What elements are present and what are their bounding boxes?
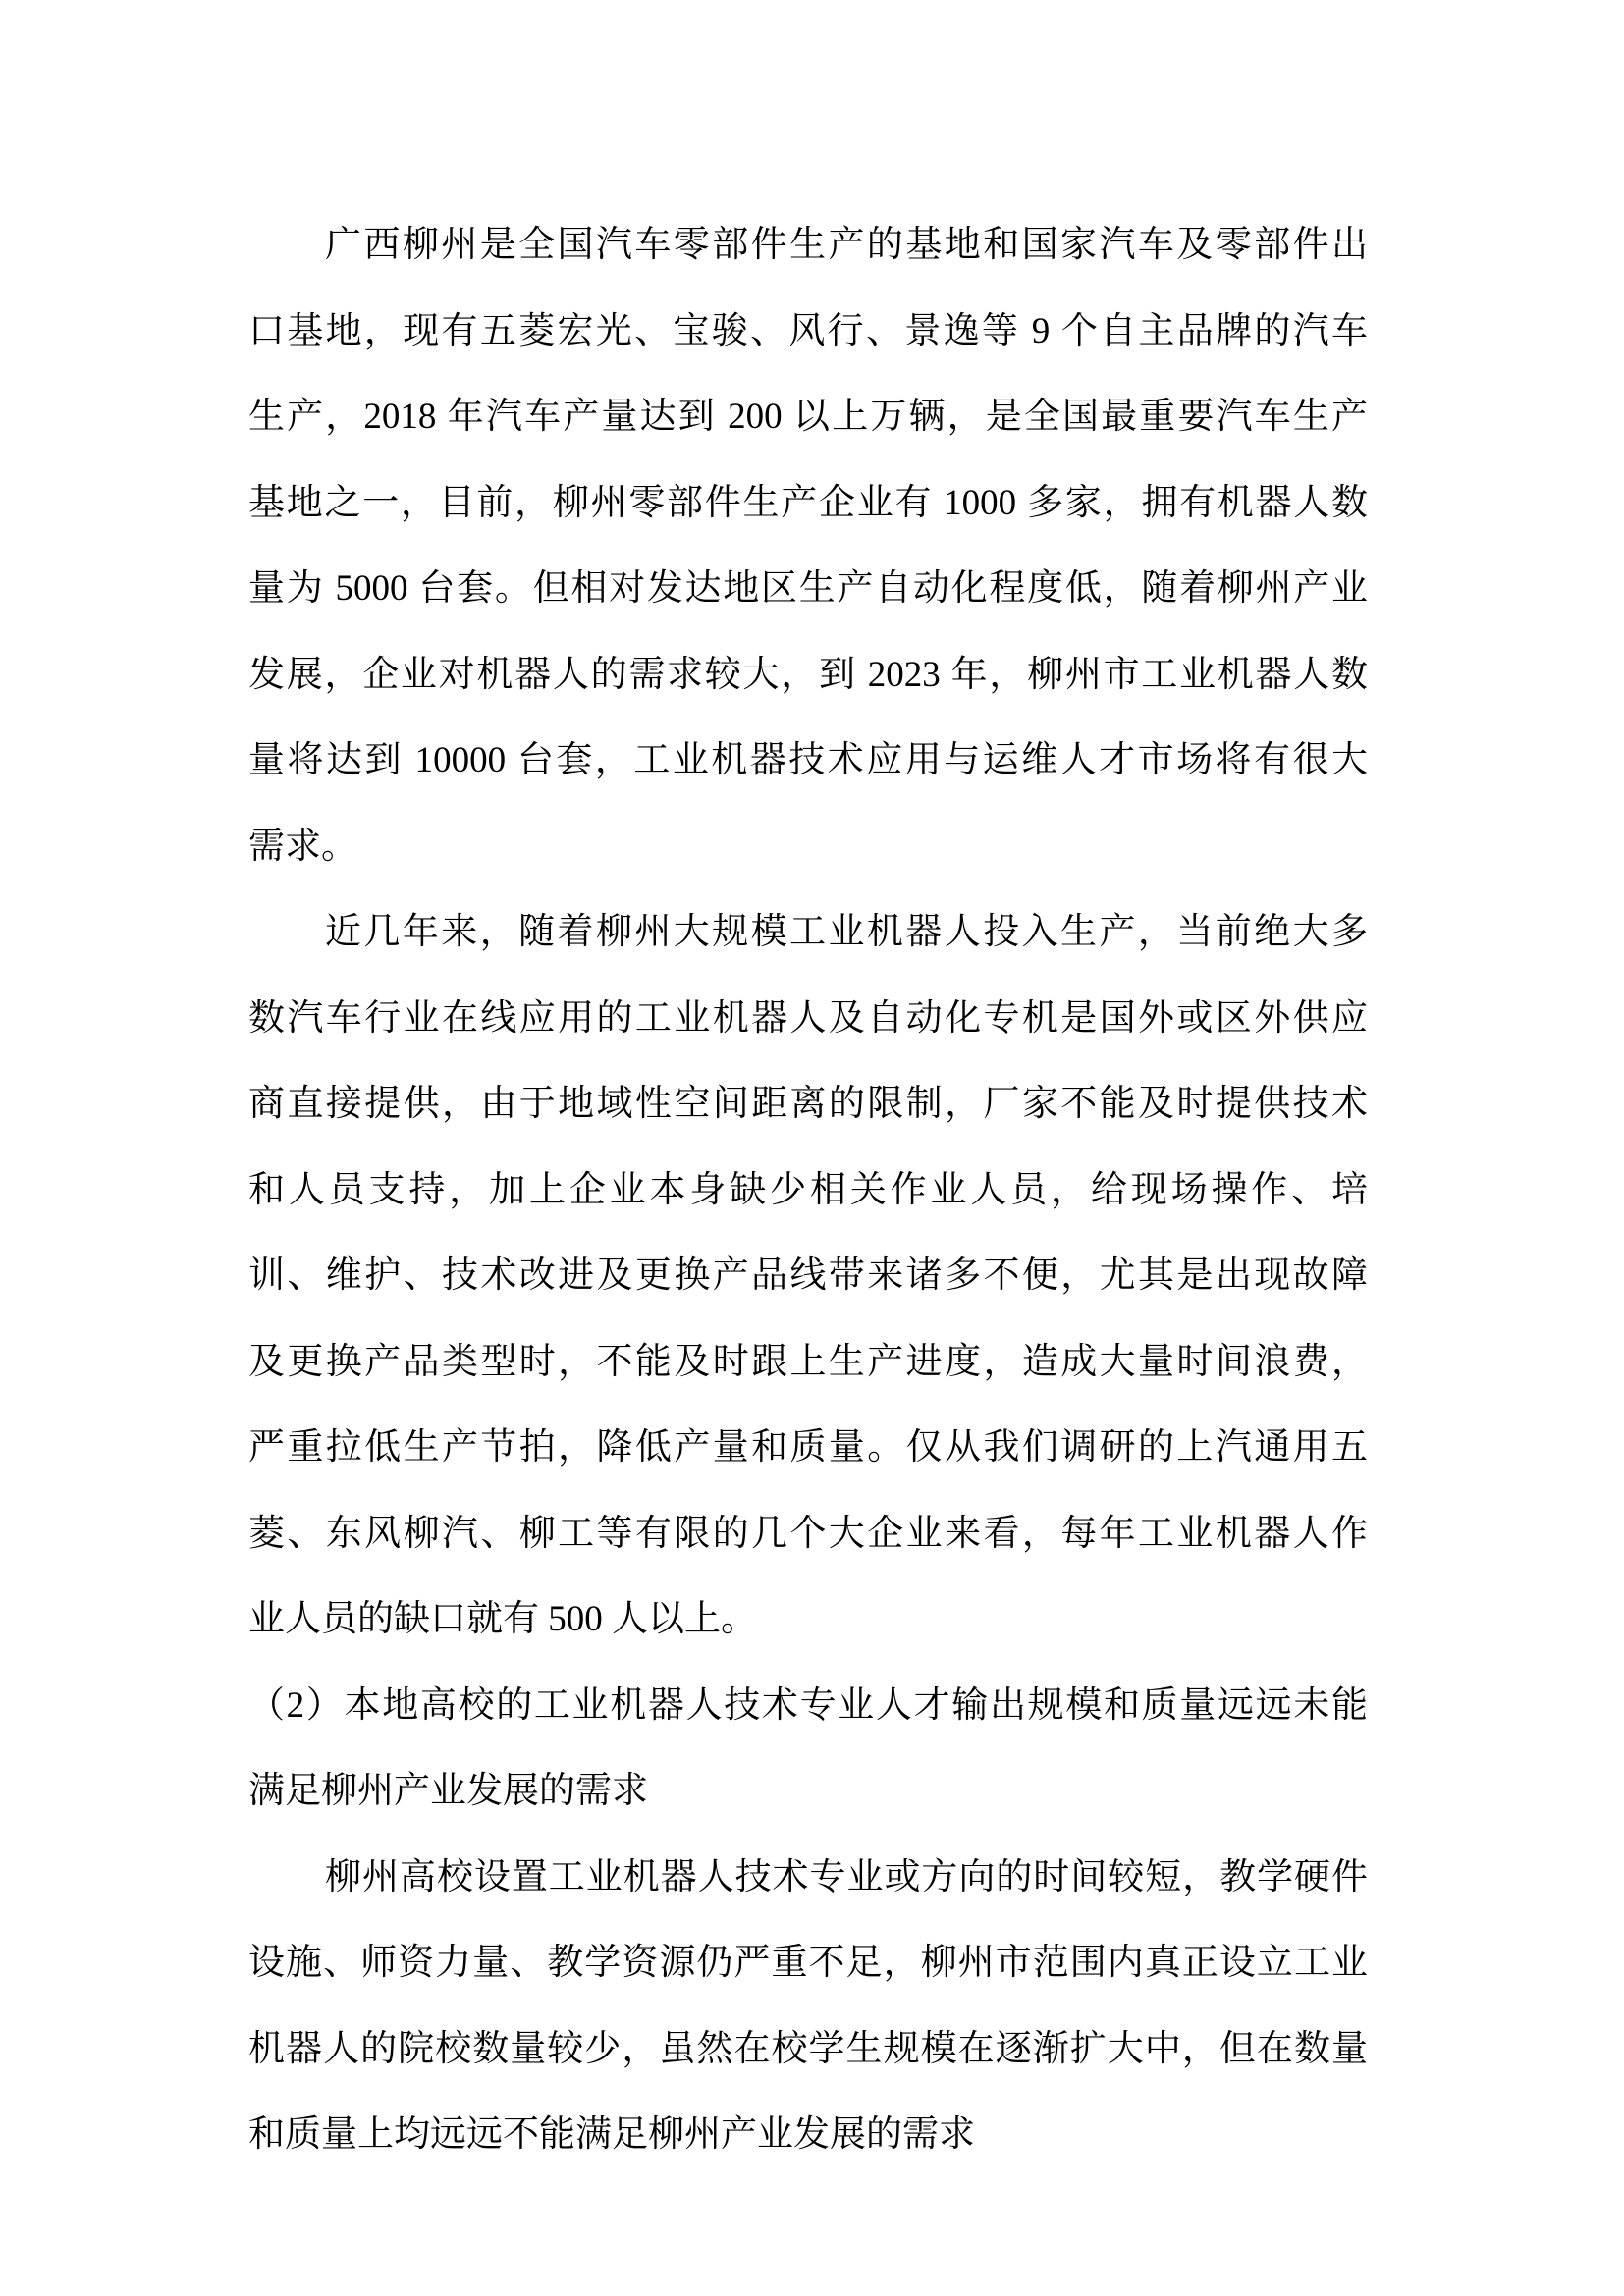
text-line: 菱、东风柳汽、柳工等有限的几个大企业来看，每年工业机器人作 [248,1491,1368,1577]
text-line: 基地之一，目前，柳州零部件生产企业有 1000 多家，拥有机器人数 [248,460,1368,547]
text-line: 机器人的院校数量较少，虽然在校学生规模在逐渐扩大中，但在数量 [248,2006,1368,2093]
text-line: 业人员的缺口就有 500 人以上。 [248,1576,1368,1663]
text-line: （2）本地高校的工业机器人技术专业人才输出规模和质量远远未能 [248,1663,1368,1749]
text-line: 严重拉低生产节拍，降低产量和质量。仅从我们调研的上汽通用五 [248,1405,1368,1491]
text-line: 商直接提供，由于地域性空间距离的限制，厂家不能及时提供技术 [248,1061,1368,1148]
text-line: 满足柳州产业发展的需求 [248,1748,1368,1835]
document-page: 广西柳州是全国汽车零部件生产的基地和国家汽车及零部件出口基地，现有五菱宏光、宝骏… [0,0,1624,2296]
text-line: 柳州高校设置工业机器人技术专业或方向的时间较短，教学硬件 [248,1835,1368,1921]
text-line: 和人员支持，加上企业本身缺少相关作业人员，给现场操作、培 [248,1148,1368,1234]
text-line: 设施、师资力量、教学资源仍严重不足，柳州市范围内真正设立工业 [248,1920,1368,2006]
text-line: 口基地，现有五菱宏光、宝骏、风行、景逸等 9 个自主品牌的汽车 [248,289,1368,375]
text-line: 和质量上均远远不能满足柳州产业发展的需求 [248,2092,1368,2178]
text-line: 近几年来，随着柳州大规模工业机器人投入生产，当前绝大多 [248,889,1368,976]
text-line: 训、维护、技术改进及更换产品线带来诸多不便，尤其是出现故障 [248,1233,1368,1319]
text-line: 量将达到 10000 台套，工业机器技术应用与运维人才市场将有很大 [248,718,1368,804]
text-line: 需求。 [248,804,1368,890]
text-line: 量为 5000 台套。但相对发达地区生产自动化程度低，随着柳州产业 [248,546,1368,632]
text-line: 发展，企业对机器人的需求较大，到 2023 年，柳州市工业机器人数 [248,632,1368,719]
text-line: 广西柳州是全国汽车零部件生产的基地和国家汽车及零部件出 [248,202,1368,289]
text-line: 生产，2018 年汽车产量达到 200 以上万辆，是全国最重要汽车生产 [248,374,1368,460]
text-line: 及更换产品类型时，不能及时跟上生产进度，造成大量时间浪费， [248,1319,1368,1406]
text-block: 广西柳州是全国汽车零部件生产的基地和国家汽车及零部件出口基地，现有五菱宏光、宝骏… [248,202,1368,2178]
text-line: 数汽车行业在线应用的工业机器人及自动化专机是国外或区外供应 [248,976,1368,1062]
